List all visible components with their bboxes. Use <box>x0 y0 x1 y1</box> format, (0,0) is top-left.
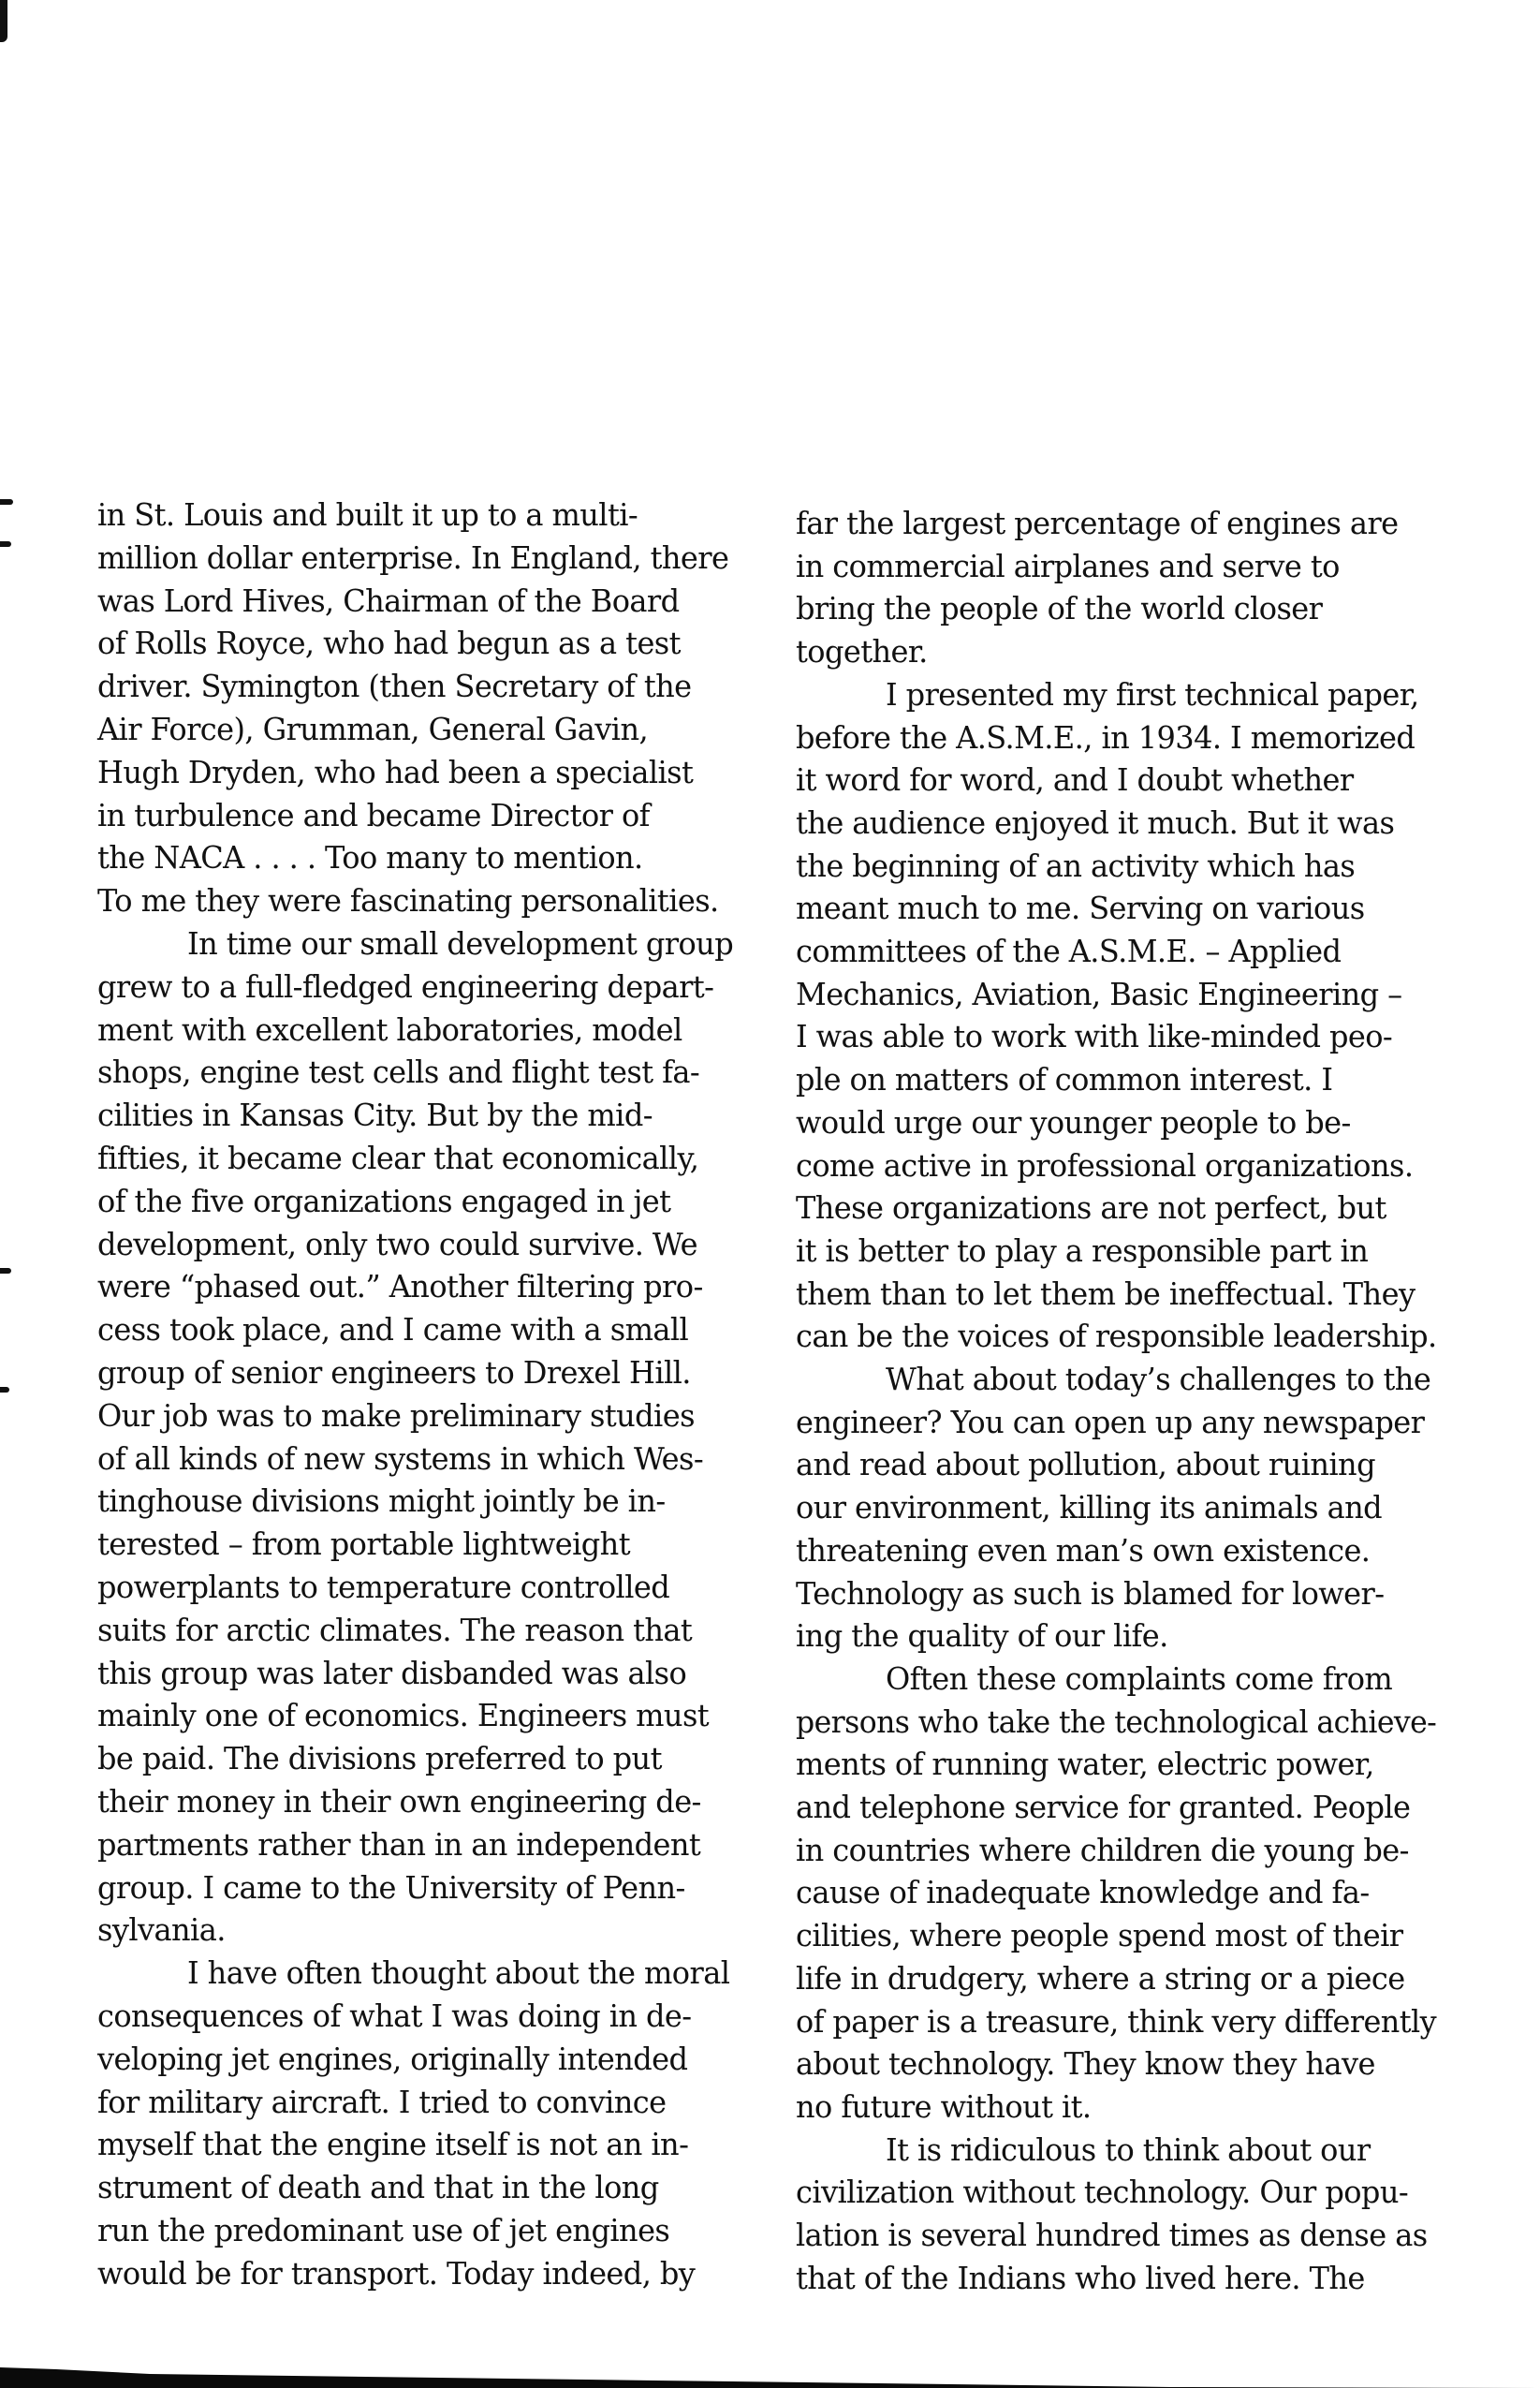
text-line: civilization without technology. Our pop… <box>796 2174 1408 2211</box>
paragraph-first-line: It is ridiculous to think about our <box>886 2131 1371 2169</box>
text-line: bring the people of the world closer <box>796 590 1322 627</box>
text-line: Hugh Dryden, who had been a specialist <box>97 754 693 791</box>
binding-hole-mark <box>0 1268 11 1274</box>
text-line: ments of running water, electric power, <box>796 1746 1374 1783</box>
text-line: cilities in Kansas City. But by the mid- <box>97 1097 653 1134</box>
text-line: million dollar enterprise. In England, t… <box>97 539 728 577</box>
text-line: Technology as such is blamed for lower- <box>796 1575 1384 1613</box>
text-line: grew to a full-fledged engineering depar… <box>97 968 713 1006</box>
text-line: the audience enjoyed it much. But it was <box>796 804 1394 842</box>
text-line: our environment, killing its animals and <box>796 1489 1382 1526</box>
scan-edge-mark <box>0 0 7 42</box>
text-line: myself that the engine itself is not an … <box>97 2126 688 2163</box>
text-line: cause of inadequate knowledge and fa- <box>796 1874 1370 1911</box>
binding-hole-mark <box>0 541 11 547</box>
paragraph-first-line: I have often thought about the moral <box>187 1954 729 1992</box>
text-line: suits for arctic climates. The reason th… <box>97 1612 692 1649</box>
text-line: of Rolls Royce, who had begun as a test <box>97 625 681 662</box>
text-line: ment with excellent laboratories, model <box>97 1011 682 1049</box>
text-line: come active in professional organization… <box>796 1147 1413 1185</box>
text-line: terested – from portable lightweight <box>97 1526 630 1563</box>
text-line: would urge our younger people to be- <box>796 1104 1351 1142</box>
text-line: persons who take the technological achie… <box>796 1703 1436 1741</box>
text-line: ing the quality of our life. <box>796 1617 1168 1655</box>
text-line: together. <box>796 633 928 671</box>
text-line: were “phased out.” Another filtering pro… <box>97 1268 703 1305</box>
text-line: cess took place, and I came with a small <box>97 1311 688 1349</box>
text-line: before the A.S.M.E., in 1934. I memorize… <box>796 719 1415 757</box>
text-line: would be for transport. Today indeed, by <box>97 2255 695 2292</box>
text-line: To me they were fascinating personalitie… <box>97 882 719 920</box>
text-line: the NACA . . . . Too many to mention. <box>97 839 643 877</box>
text-line: the beginning of an activity which has <box>796 848 1355 885</box>
text-line: it is better to play a responsible part … <box>796 1232 1368 1270</box>
text-line: their money in their own engineering de- <box>97 1783 701 1820</box>
text-line: group. I came to the University of Penn- <box>97 1869 685 1907</box>
text-line: in countries where children die young be… <box>796 1832 1409 1869</box>
text-line: threatening even man’s own existence. <box>796 1532 1370 1570</box>
text-line: of paper is a treasure, think very diffe… <box>796 2003 1436 2041</box>
paragraph-first-line: In time our small development group <box>187 925 733 963</box>
text-line: of all kinds of new systems in which Wes… <box>97 1440 703 1478</box>
text-line: development, only two could survive. We <box>97 1226 697 1263</box>
text-line: life in drudgery, where a string or a pi… <box>796 1960 1405 1997</box>
text-line: shops, engine test cells and flight test… <box>97 1054 699 1091</box>
text-line: meant much to me. Serving on various <box>796 890 1365 927</box>
text-line: Our job was to make preliminary studies <box>97 1397 695 1435</box>
text-line: be paid. The divisions preferred to put <box>97 1740 662 1777</box>
text-line: committees of the A.S.M.E. – Applied <box>796 933 1341 970</box>
text-line: mainly one of economics. Engineers must <box>97 1697 709 1734</box>
text-line: consequences of what I was doing in de- <box>97 1997 692 2035</box>
text-line: engineer? You can open up any newspaper <box>796 1404 1424 1441</box>
text-line: that of the Indians who lived here. The <box>796 2260 1365 2297</box>
text-line: no future without it. <box>796 2088 1092 2126</box>
text-line: run the predominant use of jet engines <box>97 2212 669 2249</box>
text-line: them than to let them be ineffectual. Th… <box>796 1275 1415 1313</box>
text-line: ple on matters of common interest. I <box>796 1061 1332 1098</box>
text-line: Air Force), Grumman, General Gavin, <box>97 711 648 748</box>
text-line: in turbulence and became Director of <box>97 797 650 834</box>
text-line: in commercial airplanes and serve to <box>796 548 1340 585</box>
text-line: for military aircraft. I tried to convin… <box>97 2084 666 2121</box>
scan-bottom-shadow <box>0 2360 1540 2388</box>
text-line: partments rather than in an independent <box>97 1826 700 1864</box>
text-line: driver. Symington (then Secretary of the <box>97 668 692 705</box>
text-line: it word for word, and I doubt whether <box>796 761 1354 799</box>
text-line: in St. Louis and built it up to a multi- <box>97 496 638 534</box>
paragraph-first-line: Often these complaints come from <box>886 1660 1392 1698</box>
text-line: lation is several hundred times as dense… <box>796 2217 1428 2254</box>
binding-hole-mark <box>0 499 13 505</box>
text-line: These organizations are not perfect, but <box>796 1189 1386 1227</box>
text-line: this group was later disbanded was also <box>97 1655 686 1692</box>
text-line: was Lord Hives, Chairman of the Board <box>97 582 680 620</box>
text-line: can be the voices of responsible leaders… <box>796 1318 1437 1355</box>
text-line: I was able to work with like-minded peo- <box>796 1018 1392 1055</box>
text-line: veloping jet engines, originally intende… <box>97 2041 687 2078</box>
text-line: fifties, it became clear that economical… <box>97 1140 698 1177</box>
text-line: sylvania. <box>97 1911 226 1949</box>
text-line: about technology. They know they have <box>796 2045 1375 2083</box>
text-line: strument of death and that in the long <box>97 2169 659 2206</box>
text-line: and read about pollution, about ruining <box>796 1446 1375 1483</box>
scanned-page: in St. Louis and built it up to a multi-… <box>0 0 1540 2388</box>
text-line: far the largest percentage of engines ar… <box>796 505 1399 542</box>
text-line: cilities, where people spend most of the… <box>796 1917 1402 1954</box>
paragraph-first-line: I presented my first technical paper, <box>886 676 1419 714</box>
binding-hole-mark <box>0 1387 9 1393</box>
paragraph-first-line: What about today’s challenges to the <box>886 1361 1430 1398</box>
text-line: tinghouse divisions might jointly be in- <box>97 1482 666 1520</box>
text-line: powerplants to temperature controlled <box>97 1569 669 1606</box>
text-line: of the five organizations engaged in jet <box>97 1183 670 1220</box>
text-line: and telephone service for granted. Peopl… <box>796 1789 1410 1826</box>
text-line: group of senior engineers to Drexel Hill… <box>97 1354 691 1392</box>
text-line: Mechanics, Aviation, Basic Engineering – <box>796 976 1402 1013</box>
